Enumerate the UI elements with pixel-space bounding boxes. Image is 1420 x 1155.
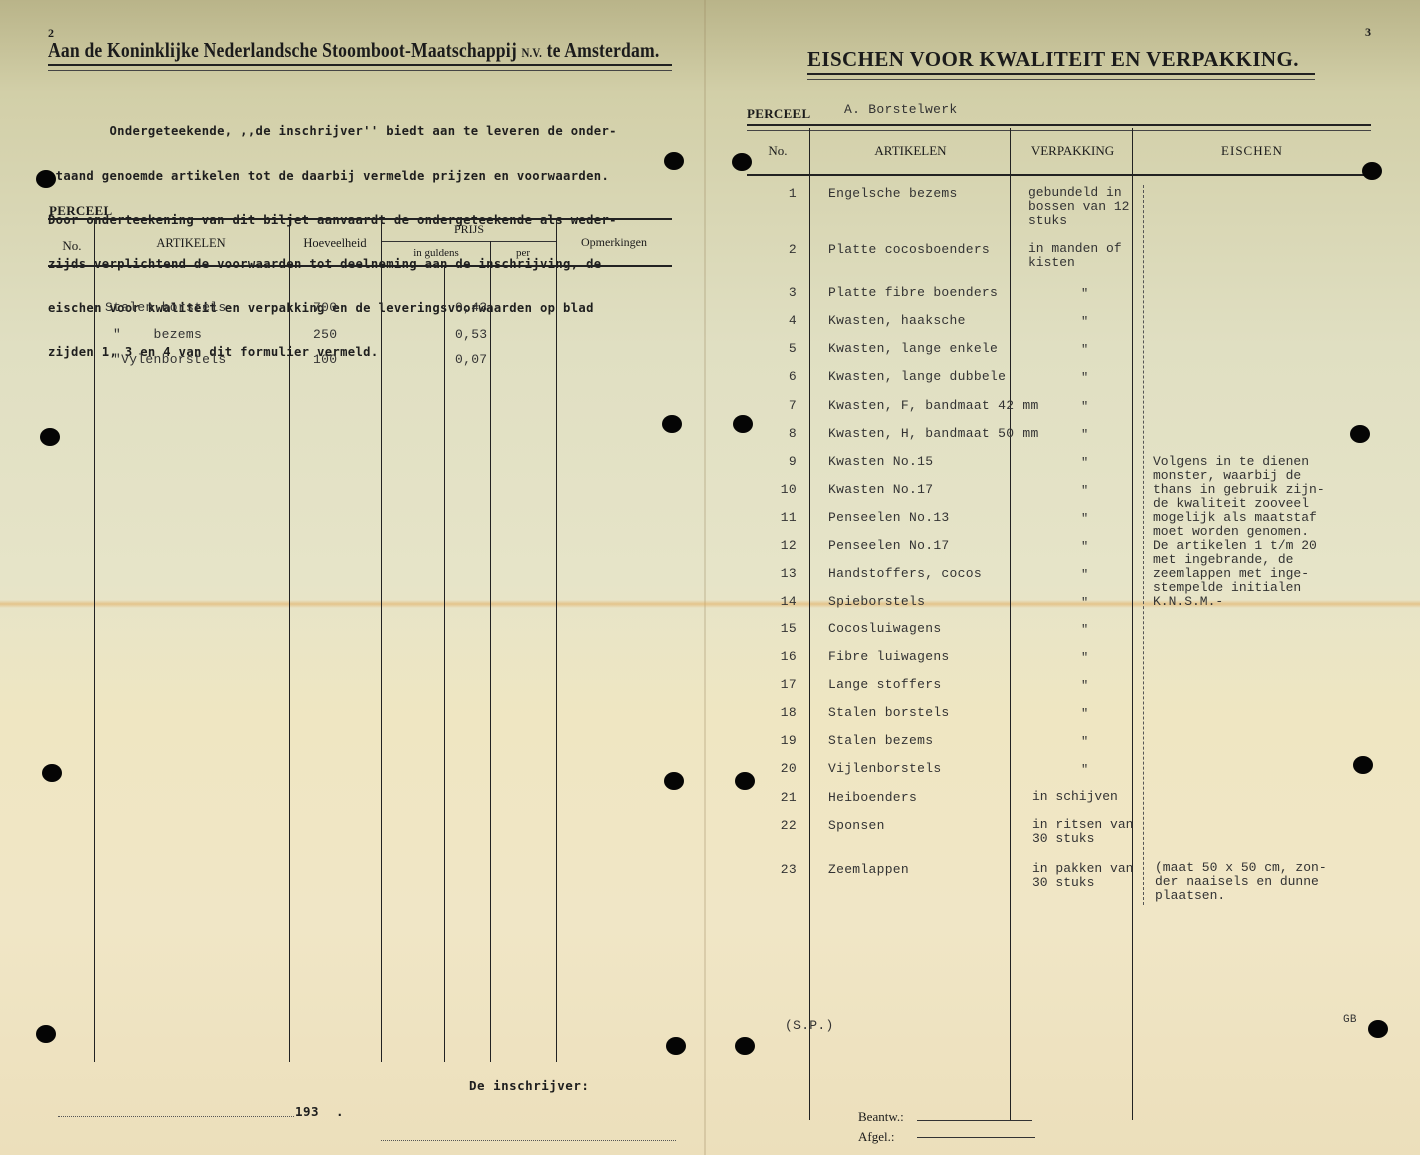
row-verpakking: " (1081, 568, 1088, 582)
punch-hole (662, 415, 682, 433)
row-artikel: Stalen borstels (828, 705, 950, 720)
col-divider (289, 220, 290, 1062)
row-artikel: Sponsen (828, 818, 885, 833)
col-divider (490, 241, 491, 1062)
row-artikel: Handstoffers, cocos (828, 566, 982, 581)
beantw-label: Beantw.: (858, 1109, 904, 1125)
row-verpakking: " (1081, 343, 1088, 357)
row-verpakking: " (1081, 623, 1088, 637)
punch-hole (40, 428, 60, 446)
col-divider (556, 220, 557, 1062)
row-verpakking: " (1081, 651, 1088, 665)
row-verpakking: " (1081, 315, 1088, 329)
row-number: 23 (757, 862, 797, 877)
col-divider (94, 220, 95, 1062)
row-prijs: 0,07 (455, 352, 487, 367)
row-number: 13 (757, 566, 797, 581)
brace-line (1143, 185, 1144, 905)
intro-line: staand genoemde artikelen tot de daarbij… (48, 169, 617, 184)
punch-hole (1362, 162, 1382, 180)
row-verpakking: in manden of kisten (1028, 242, 1122, 270)
col-divider (381, 220, 382, 1062)
header-per: per (490, 247, 556, 259)
perceel-label: PERCEEL (49, 203, 113, 219)
punch-hole (733, 415, 753, 433)
punch-hole (1353, 756, 1373, 774)
col-divider (1010, 128, 1011, 1120)
row-verpakking: " (1081, 484, 1088, 498)
eischen-zeemlappen: (maat 50 x 50 cm, zon- der naaisels en d… (1155, 861, 1327, 903)
row-artikel: Stalen borstels (105, 300, 227, 315)
row-artikel: Stalen bezems (828, 733, 933, 748)
header-eischen: EISCHEN (1133, 143, 1371, 159)
perceel-value: A. Borstelwerk (844, 102, 957, 117)
page-number: 3 (1365, 25, 1371, 40)
row-artikel: Penseelen No.17 (828, 538, 950, 553)
row-number: 9 (757, 454, 797, 469)
row-number: 20 (757, 761, 797, 776)
prijs-divider (382, 241, 556, 242)
row-artikel: Kwasten No.15 (828, 454, 933, 469)
header-bottom-rule (48, 265, 672, 267)
row-artikel: Platte fibre boenders (828, 285, 998, 300)
perceel-label: PERCEEL (747, 106, 811, 122)
row-artikel: Engelsche bezems (828, 186, 958, 201)
row-number: 21 (757, 790, 797, 805)
title-underline (807, 73, 1315, 80)
row-number: 17 (757, 677, 797, 692)
row-verpakking: " (1081, 428, 1088, 442)
row-artikel: Penseelen No.13 (828, 510, 950, 525)
title-main: Aan de Koninklijke Nederlandsche Stoombo… (48, 38, 517, 62)
header-artikelen: ARTIKELEN (809, 143, 1012, 159)
signature-line[interactable] (381, 1140, 676, 1141)
punch-hole (666, 1037, 686, 1055)
row-number: 2 (757, 242, 797, 257)
afgel-label: Afgel.: (858, 1129, 894, 1145)
punch-hole (36, 1025, 56, 1043)
row-number: 18 (757, 705, 797, 720)
row-artikel: Heiboenders (828, 790, 917, 805)
col-divider (809, 128, 810, 1120)
row-artikel: Kwasten, haaksche (828, 313, 966, 328)
row-artikel: Fibre luiwagens (828, 649, 950, 664)
header-in-guldens: in guldens (382, 247, 490, 259)
page-title: Aan de Koninklijke Nederlandsche Stoombo… (48, 38, 659, 63)
row-hoeveelheid: 100 (313, 352, 337, 367)
row-verpakking: " (1081, 540, 1088, 554)
punch-hole (1350, 425, 1370, 443)
row-verpakking: " (1081, 596, 1088, 610)
row-artikel: Cocosluiwagens (828, 621, 941, 636)
row-artikel: Kwasten No.17 (828, 482, 933, 497)
row-artikel: Spieborstels (828, 594, 925, 609)
row-prijs: 0,53 (455, 327, 487, 342)
row-verpakking: " (1081, 735, 1088, 749)
header-verpakking: VERPAKKING (1012, 143, 1133, 159)
date-dot: . (336, 1104, 344, 1119)
header-prijs: PRIJS (382, 222, 556, 237)
header-no: No. (747, 143, 809, 159)
row-number: 16 (757, 649, 797, 664)
row-artikel: Lange stoffers (828, 677, 941, 692)
row-verpakking: " (1081, 707, 1088, 721)
page-title: EISCHEN VOOR KWALITEIT EN VERPAKKING. (807, 47, 1299, 72)
row-verpakking: in pakken van 30 stuks (1032, 862, 1133, 890)
left-page: 2 Aan de Koninklijke Nederlandsche Stoom… (0, 0, 705, 1155)
header-bottom-rule (747, 174, 1371, 176)
beantw-line[interactable] (917, 1120, 1032, 1121)
row-verpakking: gebundeld in bossen van 12 stuks (1028, 186, 1129, 228)
row-artikel: Kwasten, lange dubbele (828, 369, 1006, 384)
right-page: 3 EISCHEN VOOR KWALITEIT EN VERPAKKING. … (705, 0, 1420, 1155)
punch-hole (42, 764, 62, 782)
footer-initials: GB (1343, 1014, 1357, 1026)
title-end: te Amsterdam. (547, 38, 660, 62)
row-verpakking: " (1081, 763, 1088, 777)
row-verpakking: " (1081, 287, 1088, 301)
row-number: 1 (757, 186, 797, 201)
row-number: 12 (757, 538, 797, 553)
punch-hole (735, 772, 755, 790)
header-opmerkingen: Opmerkingen (556, 235, 672, 250)
row-artikel: Kwasten, H, bandmaat 50 mm (828, 426, 1039, 441)
row-artikel: Kwasten, lange enkele (828, 341, 998, 356)
row-verpakking: " (1081, 456, 1088, 470)
row-number: 22 (757, 818, 797, 833)
date-line[interactable] (58, 1116, 294, 1117)
punch-hole (735, 1037, 755, 1055)
row-number: 15 (757, 621, 797, 636)
row-artikel: Vijlenborstels (828, 761, 941, 776)
row-artikel: Kwasten, F, bandmaat 42 mm (828, 398, 1039, 413)
row-verpakking: in ritsen van 30 stuks (1032, 818, 1133, 846)
header-no: No. (50, 238, 94, 254)
row-number: 4 (757, 313, 797, 328)
title-underline (48, 64, 672, 71)
row-verpakking: " (1081, 679, 1088, 693)
table-top-rule (747, 124, 1371, 131)
punch-hole (664, 152, 684, 170)
col-divider (444, 266, 445, 1062)
table-top-rule (48, 218, 672, 220)
punch-hole (732, 153, 752, 171)
row-verpakking: " (1081, 400, 1088, 414)
row-number: 14 (757, 594, 797, 609)
row-number: 11 (757, 510, 797, 525)
row-number: 10 (757, 482, 797, 497)
signature-label: De inschrijver: (469, 1078, 589, 1093)
row-number: 19 (757, 733, 797, 748)
header-artikelen: ARTIKELEN (96, 236, 286, 251)
row-artikel: " bezems (113, 327, 202, 342)
row-number: 5 (757, 341, 797, 356)
title-nv: N.V. (521, 45, 542, 60)
row-number: 6 (757, 369, 797, 384)
date-year: 193 (295, 1104, 319, 1119)
eischen-main: Volgens in te dienen monster, waarbij de… (1153, 455, 1325, 609)
punch-hole (36, 170, 56, 188)
row-number: 8 (757, 426, 797, 441)
footer-code: (S.P.) (785, 1018, 834, 1033)
row-prijs: 0,43 (455, 300, 487, 315)
row-number: 7 (757, 398, 797, 413)
row-artikel: Platte cocosboenders (828, 242, 990, 257)
col-divider (1132, 128, 1133, 1120)
row-artikel: "Vylenborstels (113, 352, 226, 367)
row-verpakking: " (1081, 371, 1088, 385)
header-hoeveelheid: Hoeveelheid (290, 236, 380, 251)
row-number: 3 (757, 285, 797, 300)
row-artikel: Zeemlappen (828, 862, 909, 877)
row-verpakking: " (1081, 512, 1088, 526)
afgel-line[interactable] (917, 1137, 1035, 1138)
row-hoeveelheid: 700 (313, 300, 337, 315)
row-verpakking: in schijven (1032, 790, 1118, 804)
punch-hole (1368, 1020, 1388, 1038)
row-hoeveelheid: 250 (313, 327, 337, 342)
intro-line: Ondergeteekende, ,,de inschrijver'' bied… (48, 124, 617, 139)
punch-hole (664, 772, 684, 790)
